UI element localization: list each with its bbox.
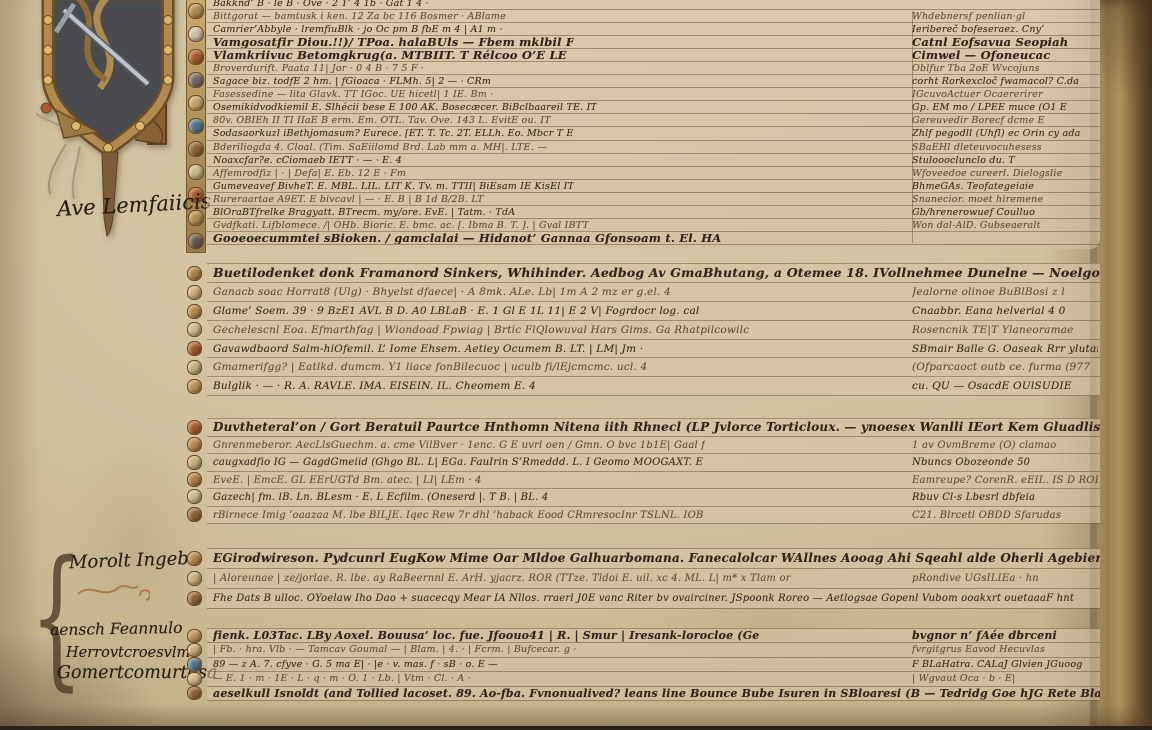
column-divider [912,11,913,243]
margin-label-group2-line2: Herrovtcroesvlm [66,645,190,661]
ledger-row: Broverdurift. Paata 11| Jor · 0 4 B · 7 … [207,62,1100,75]
row-main-text: Duvtheteral’on / Gort Beratuil Paurtce H… [213,419,1100,436]
row-note-text: Ieribereč bofeseraez. Cny’ [912,23,1098,36]
medallion-icon [187,304,202,319]
ledger-row: Gavawdbaord Salm-hiOfemil. L’ Iome Ehsem… [207,340,1100,359]
row-note-text: Nbuncs Obozeonde 50 [912,454,1098,471]
row-main-text: Gazech| fm. lB. Ln. BLesm · E. L Ecfilm.… [213,489,548,506]
row-main-text: — E. 1 · m · 1E · L · q · m · O. 1 · Lb.… [213,672,471,686]
row-note-text: corht Rorkexcloč fwamacol? C.da [912,75,1098,88]
ledger-row: Sagace biz. todfE 2 hm. | fGioaca · FLMh… [207,75,1100,88]
row-main-text: Gavawdbaord Salm-hiOfemil. L’ Iome Ehsem… [213,340,643,358]
row-main-text: 80v. OBIEh II TI IIaE B erm. Em. OTL. Ta… [213,114,551,127]
medallion-icon [188,72,204,88]
ledger-row: aeselkull Isnoldt (and Tollied lacoset. … [207,687,1100,701]
row-note-text: pRondive UGsILIEa · hn [912,569,1098,588]
medallion-icon [187,437,202,452]
row-note-text: Oblfur Tba 2oE Wvcojuns [912,62,1098,75]
row-main-text: Buetilodenket donk Framanord Sinkers, Wh… [213,264,1100,282]
medallion-icon [188,141,204,157]
ledger-row: Affemrodfiz | · | Defa| E. Eb. 12 E · Fm… [207,167,1100,180]
ledger-row: | Aloreunae | ze/jorlae. R. lbe. ay RaBe… [207,569,1100,589]
ledger-row: Gooeoecummtei sBioken. / gamclalai — Hid… [207,232,1100,245]
row-note-text: C21. Blrcetl OBDD Sfarudas [912,507,1098,524]
medallion-icon [187,686,202,700]
ledger-row: Bittgorat — bamtusk i ken. 12 Za bc 116 … [207,10,1100,23]
ledger-block-1: Bakknd’ B · le B · Ove · 2 1’ 4 1b · Gat… [207,0,1100,249]
row-note-text: Cimwel — Ofoneucac [912,49,1098,62]
illuminated-border [186,0,206,253]
row-main-text: 89 — z A. 7. cfyve · G. 5 ma E| · |e · v… [213,658,498,672]
ledger-row: EveE. | EmcE. GL EErUGTd Bm. atec. | LI|… [207,472,1100,490]
medallion-column [185,629,203,700]
row-note-text: Gp. EM mo / LPEE muce (O1 E [912,101,1098,114]
ledger-row: Duvtheteral’on / Gort Beratuil Paurtce H… [207,419,1100,437]
ledger-row: Fasessedine — lita Glavk. TT IGoc. UE hi… [207,88,1100,101]
row-main-text: caugxadfio IG — GagdGmeiid (Ghgo BL. L| … [213,454,703,471]
ledger-row: BlOraBTfrelke Bragyatt. BTrecm. my/ore. … [207,206,1100,219]
row-note-text: (Ofparcaoct outb ce. furma (977 [912,358,1098,376]
row-main-text: BlOraBTfrelke Bragyatt. BTrecm. my/ore. … [213,206,515,219]
row-note-text: Whdebnersf penlian·gl [912,10,1098,23]
row-main-text: rBirnece Imig ’oaazaa M. lbe BILJE. Iqec… [213,507,704,524]
medallion-icon [187,672,202,686]
row-note-text: Snanecior. moet hiremene [912,193,1098,206]
ledger-rows: Buetilodenket donk Framanord Sinkers, Wh… [207,264,1100,396]
row-main-text: Bakknd’ B · le B · Ove · 2 1’ 4 1b · Gat… [213,0,429,10]
row-note-text: Zhlf pegodll (Uhfl) ec Orin cy ada [912,127,1098,140]
ledger-rows: Duvtheteral’on / Gort Beratuil Paurtce H… [207,419,1100,523]
ledger-row: 89 — z A. 7. cfyve · G. 5 ma E| · |e · v… [207,658,1100,672]
row-note-text: Won dal-AlD. Gubseaeralt [912,219,1098,232]
row-main-text: Sodasaorkuzl iBethjomasum? Eurece. [ET. … [213,127,574,140]
row-main-text: fienk. L03Tac. LBy Aoxel. Bouusa’ loc. f… [213,629,760,643]
ledger-row: Noaxcfar?e. cCiomaeb IETT · — · E. 4Stul… [207,154,1100,167]
medallion-icon [187,571,202,586]
row-note-text: Eamreupe? CorenR. eEIL. IS D ROE. TIE [912,472,1098,489]
ledger-row: Gnrenmeberor. AecLlsGuechm. a. cme VilBv… [207,437,1100,455]
ledger-row: Gechelescnl Eoa. Efmarthfag | Wiondoad F… [207,321,1100,340]
row-main-text: Camrier’Abbyle · lremfiuBlk · jo Oc pm B… [213,23,503,36]
ledger-row: — E. 1 · m · 1E · L · q · m · O. 1 · Lb.… [207,672,1100,686]
ledger-row: Gvdfkati. Lifblomece. /| OHb. Bioric. E.… [207,219,1100,232]
row-note-text: Gereuvedir Borecf dcme E [912,114,1098,127]
row-main-text: | Fb. · hra. Vlb · — Tamcav Goumal — | B… [213,643,577,657]
row-main-text: Fasessedine — lita Glavk. TT IGoc. UE hi… [213,88,493,101]
bottom-edge-shade [0,704,1152,726]
row-main-text: | Aloreunae | ze/jorlae. R. lbe. ay RaBe… [213,569,791,588]
row-main-text: Bittgorat — bamtusk i ken. 12 Za bc 116 … [213,10,506,23]
medallion-icon [187,591,202,606]
medallion-icon [188,3,204,19]
row-note-text: Rbuv Cl-s Lbesrl dbfeia [912,489,1098,506]
medallion-icon [187,507,202,522]
ledger-row: Osemikidvodkiemil E. Slhécii bese E 100 … [207,101,1100,114]
ledger-row: fienk. L03Tac. LBy Aoxel. Bouusa’ loc. f… [207,629,1100,643]
medallion-icon [187,285,202,300]
medallion-icon [187,643,202,657]
ledger-row: Bakknd’ B · le B · Ove · 2 1’ 4 1b · Gat… [207,0,1100,10]
row-main-text: Osemikidvodkiemil E. Slhécii bese E 100 … [213,101,597,114]
row-note-text: SBmair Balle G. Oaseak Rrr ylutarade [912,340,1098,358]
ledger-row: Camrier’Abbyle · lremfiuBlk · jo Oc pm B… [207,23,1100,36]
row-main-text: Gumeveavef BivheT. E. MBL. LIL. LIT K. T… [213,180,574,193]
ledger-rows: EGirodwireson. Pydcunrl EugKow Mime Oar … [207,549,1100,608]
ledger-row: Vlamkriivuc Betomgkrug(a. MTBIIT. T Rélc… [207,49,1100,62]
row-main-text: Noaxcfar?e. cCiomaeb IETT · — · E. 4 [213,154,402,167]
medallion-icon [187,420,202,435]
row-main-text: Fhe Dats B ulloc. OYoelaw Iho Dao + suac… [213,589,1074,608]
ledger-row: Gumeveavef BivheT. E. MBL. LIL. LIT K. T… [207,180,1100,193]
ledger-row: Gazech| fm. lB. Ln. BLesm · E. L Ecfilm.… [207,489,1100,507]
row-main-text: Sagace biz. todfE 2 hm. | fGioaca · FLMh… [213,75,491,88]
row-note-text: Rosencnik TE|T Ylaneoramae [912,321,1098,339]
ledger-rows: fienk. L03Tac. LBy Aoxel. Bouusa’ loc. f… [207,629,1100,700]
medallion-icon [188,26,204,42]
row-note-text: bvgnor n’ fAée dbrceni [912,629,1098,643]
ledger-block-3: Duvtheteral’on / Gort Beratuil Paurtce H… [207,418,1100,523]
row-note-text: F BLaHatra. CALaJ Glvien JGuoog [912,658,1098,672]
row-note-text: Jealorne olinoe BuBlBosi z l [912,283,1098,301]
row-main-text: Vamgosatfir Diou.!!)/ TPoa. halaBUls — F… [213,36,574,49]
bottom-edge-line [0,726,1152,730]
ledger-block-5: fienk. L03Tac. LBy Aoxel. Bouusa’ loc. f… [207,628,1100,700]
parchment-page: Ave Lemfaiicis Morolt Ingeba { aensch Fe… [0,0,1152,730]
medallion-icon [187,472,202,487]
row-main-text: Bulglik · — · R. A. RAVLE. IMA. EISEIN. … [213,377,536,395]
row-note-text: | Wgvaut Oca · b · E| [912,672,1098,686]
row-note-text: SBaEHl dleteuvocuhesess [912,141,1098,154]
medallion-icon [187,629,202,643]
row-main-text: Gvdfkati. Lifblomece. /| OHb. Bioric. E.… [213,219,589,232]
ledger-row: Bderiliogda 4. Cloal. (Tim. SaEiilomd Br… [207,141,1100,154]
medallion-icon [188,233,204,249]
row-main-text: Gmamerifgg? | Eatlkd. dumcm. Y1 liace fo… [213,358,647,376]
medallion-icon [188,95,204,111]
row-main-text: EveE. | EmcE. GL EErUGTd Bm. atec. | LI|… [213,472,482,489]
medallion-column [185,549,203,608]
flourish-icon [76,578,150,606]
ledger-block-2: Buetilodenket donk Framanord Sinkers, Wh… [207,263,1100,396]
row-note-text: Stuloooclunclo du. T [912,154,1098,167]
medallion-column [185,264,203,396]
medallion-icon [188,49,204,65]
row-note-text: Gb/hrenerowuef Coulluo [912,206,1098,219]
medallion-icon [187,379,202,394]
ledger-row: Gmamerifgg? | Eatlkd. dumcm. Y1 liace fo… [207,358,1100,377]
medallion-icon [187,551,202,566]
ledger-row: Ganacb soac Horrat8 (Ulg) · Bhyelst dfae… [207,283,1100,302]
row-note-text: Catnl Eofsavua Seopiah [912,36,1098,49]
row-main-text: Gechelescnl Eoa. Efmarthfag | Wiondoad F… [213,321,749,339]
row-main-text: Rureraartae A9ET. E bivcavl | — · E. B |… [213,193,484,206]
medallion-icon [187,657,202,671]
row-note-text: 1 av OvmBreme (O) clamao [912,437,1098,454]
medallion-icon [187,360,202,375]
ledger-block-4: EGirodwireson. Pydcunrl EugKow Mime Oar … [207,548,1100,608]
ledger-row: Bulglik · — · R. A. RAVLE. IMA. EISEIN. … [207,377,1100,396]
ledger-rows: Bakknd’ B · le B · Ove · 2 1’ 4 1b · Gat… [207,0,1100,249]
row-main-text: Gnrenmeberor. AecLlsGuechm. a. cme VilBv… [213,437,705,454]
medallion-icon [187,322,202,337]
row-note-text: IGcuvoActuer Ocaererirer [912,88,1098,101]
medallion-icon [187,266,202,281]
row-main-text: aeselkull Isnoldt (and Tollied lacoset. … [213,687,1100,701]
row-note-text: Cnaabbr. Eana helverial 4 0 [912,302,1098,320]
margin-label-group2-line1: aensch Feannulo [50,619,183,639]
ledger-row: 80v. OBIEh II TI IIaE B erm. Em. OTL. Ta… [207,114,1100,127]
ledger-row: caugxadfio IG — GagdGmeiid (Ghgo BL. L| … [207,454,1100,472]
ledger-row: Rureraartae A9ET. E bivcavl | — · E. B |… [207,193,1100,206]
row-main-text: Ganacb soac Horrat8 (Ulg) · Bhyelst dfae… [213,283,671,301]
row-main-text: Gooeoecummtei sBioken. / gamclalai — Hid… [213,232,721,245]
row-main-text: Vlamkriivuc Betomgkrug(a. MTBIIT. T Rélc… [213,49,567,62]
row-note-text: Wfoveedoe cureerl. Dielogslie [912,167,1098,180]
medallion-icon [188,164,204,180]
ledger-row: Fhe Dats B ulloc. OYoelaw Iho Dao + suac… [207,589,1100,609]
ledger-row: Buetilodenket donk Framanord Sinkers, Wh… [207,264,1100,283]
medallion-icon [187,341,202,356]
row-note-text: cu. QU — OsacdE OUlSUDIE [912,377,1098,395]
medallion-icon [188,118,204,134]
row-note-text: fvrgitgrus Eavod Hecuvlas [912,643,1098,657]
row-note-text: BhmeGAs. Teofategeiaie [912,180,1098,193]
ledger-row: rBirnece Imig ’oaazaa M. lbe BILJE. Iqec… [207,507,1100,525]
ledger-row: EGirodwireson. Pydcunrl EugKow Mime Oar … [207,549,1100,569]
medallion-icon [187,455,202,470]
medallion-icon [187,489,202,504]
ledger-row: Sodasaorkuzl iBethjomasum? Eurece. [ET. … [207,127,1100,140]
ledger-row: | Fb. · hra. Vlb · — Tamcav Goumal — | B… [207,643,1100,657]
ledger-row: Vamgosatfir Diou.!!)/ TPoa. halaBUls — F… [207,36,1100,49]
ledger-row: Glame’ Soem. 39 · 9 BzE1 AVL B D. A0 LBL… [207,302,1100,321]
row-main-text: Broverdurift. Paata 11| Jor · 0 4 B · 7 … [213,62,424,75]
row-main-text: Glame’ Soem. 39 · 9 BzE1 AVL B D. A0 LBL… [213,302,700,320]
row-main-text: Bderiliogda 4. Cloal. (Tim. SaEiilomd Br… [213,141,547,154]
row-main-text: EGirodwireson. Pydcunrl EugKow Mime Oar … [213,549,1100,568]
row-main-text: Affemrodfiz | · | Defa| E. Eb. 12 E · Fm [213,167,406,180]
medallion-column [185,419,203,523]
